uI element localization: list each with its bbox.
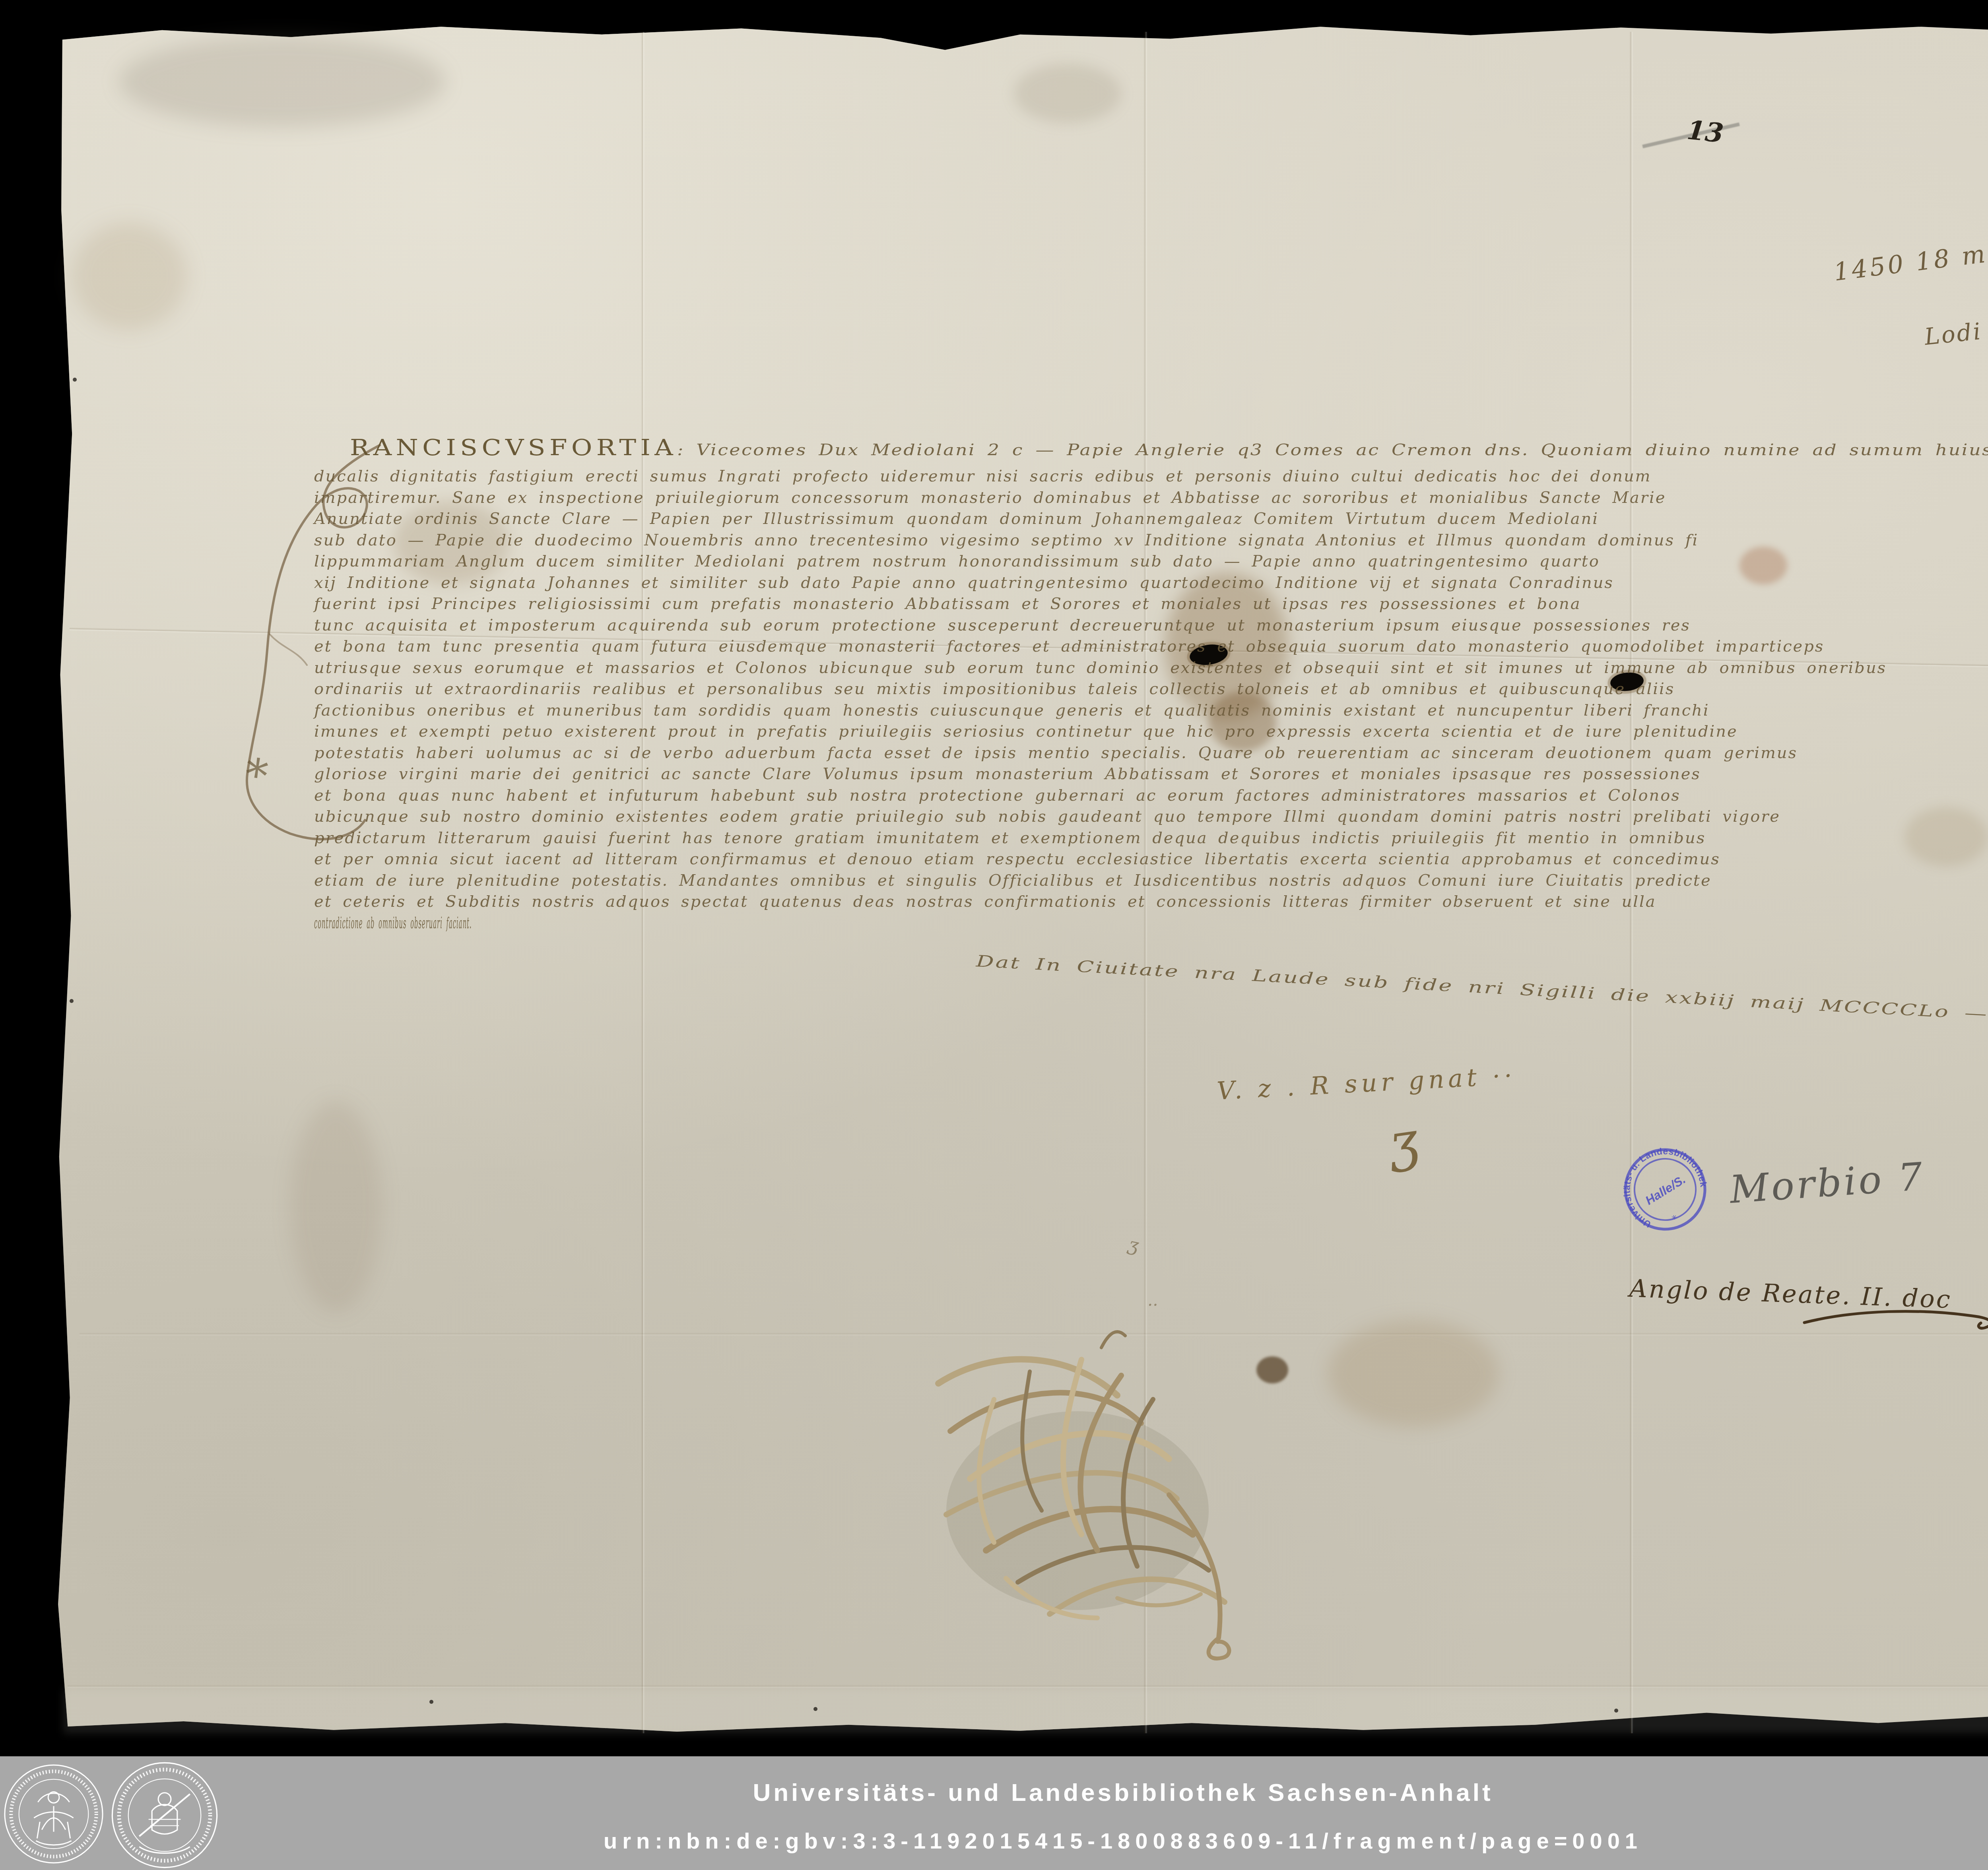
manuscript-line: contradictione ab omnibus obseruari faci… xyxy=(314,913,941,934)
plica-band xyxy=(64,1690,1988,1733)
stain xyxy=(290,1101,382,1312)
stain xyxy=(1328,1320,1499,1427)
manuscript-line: utriusque sexus eorumque et massarios et… xyxy=(314,658,1988,679)
footer-bar: Universitäts- und Landesbibliothek Sachs… xyxy=(0,1756,1988,1870)
manuscript-line: fuerint ipsi Principes religiosissimi cu… xyxy=(314,594,1988,615)
stain xyxy=(72,223,187,330)
pinhole xyxy=(1614,1709,1618,1713)
manuscript-line: lippummariam Anglum ducem similiter Medi… xyxy=(314,551,1988,572)
manuscript-text-block: ducalis dignitatis fastigium erecti sumu… xyxy=(314,466,1988,934)
manuscript-line: factionibus oneribus et muneribus tam so… xyxy=(314,700,1988,722)
pinhole xyxy=(813,1707,817,1711)
headline-initial-caps: RANCISCVSFORTIA xyxy=(350,435,677,461)
small-ink-mark: ·· xyxy=(1147,1295,1158,1315)
manuscript-line: et ceteris et Subditis nostris adquos sp… xyxy=(314,891,1988,913)
manuscript-line: ubicunque sub nostro dominio existentes … xyxy=(314,806,1988,828)
manuscript-line: sub dato — Papie die duodecimo Nouembris… xyxy=(314,530,1988,551)
manuscript-line: tunc acquisita et imposterum acquirenda … xyxy=(314,615,1988,636)
pinhole xyxy=(429,1700,433,1704)
manuscript-line: et bona quas nunc habent et infuturum ha… xyxy=(314,785,1988,807)
pinhole xyxy=(70,999,74,1003)
dorsal-note-flourish xyxy=(1801,1305,1988,1333)
manuscript-line: xij Inditione et signata Johannes et sim… xyxy=(314,572,1988,594)
manuscript-line: et per omnia sicut iacent ad litteram co… xyxy=(314,849,1988,870)
library-title: Universitäts- und Landesbibliothek Sachs… xyxy=(753,1779,1493,1807)
university-seal-halle-icon xyxy=(2,1763,105,1865)
university-seal-wittenberg-icon xyxy=(110,1760,219,1870)
pinhole xyxy=(73,378,77,382)
plica-fold-line xyxy=(68,1685,1988,1688)
manuscript-line: imunes et exempti petuo existerent prout… xyxy=(314,721,1988,743)
manuscript-line: etiam de iure plenitudine potestatis. Ma… xyxy=(314,870,1988,892)
corner-numeral: 13 xyxy=(1685,114,1725,149)
manuscript-line: ducalis dignitatis fastigium erecti sumu… xyxy=(314,466,1988,487)
manuscript-line: potestatis haberi uolumus ac si de verbo… xyxy=(314,743,1988,764)
scan-viewer-page: * 13 1450 18 maggio Lodi RANCISCVSFORTIA… xyxy=(0,0,1988,1870)
urn-identifier: urn:nbn:de:gbv:3:3-1192015415-1800883609… xyxy=(604,1828,1642,1854)
manuscript-line: predictarum litterarum gauisi fuerint ha… xyxy=(314,828,1988,849)
speckle-band xyxy=(119,36,445,127)
stain xyxy=(1014,64,1121,123)
svg-text:*: * xyxy=(1671,1213,1679,1225)
manuscript-line: impartiremur. Sane ex inspectione priuil… xyxy=(314,487,1988,509)
manuscript-line: Anuntiate ordinis Sancte Clare — Papien … xyxy=(314,508,1988,530)
manuscript-line: et bona tam tunc presentia quam futura e… xyxy=(314,636,1988,658)
manuscript-line: gloriose virgini marie dei genitrici ac … xyxy=(314,764,1988,785)
manuscript-line: ordinariis ut extraordinariis realibus e… xyxy=(314,679,1988,700)
headline-continuation: : Vicecomes Dux Mediolani 2 c — Papie An… xyxy=(677,441,1988,459)
charter-headline: RANCISCVSFORTIA: Vicecomes Dux Mediolani… xyxy=(350,435,1988,461)
seal-cords xyxy=(911,1324,1268,1666)
stamp-center-text: Halle/S. xyxy=(1643,1172,1688,1208)
